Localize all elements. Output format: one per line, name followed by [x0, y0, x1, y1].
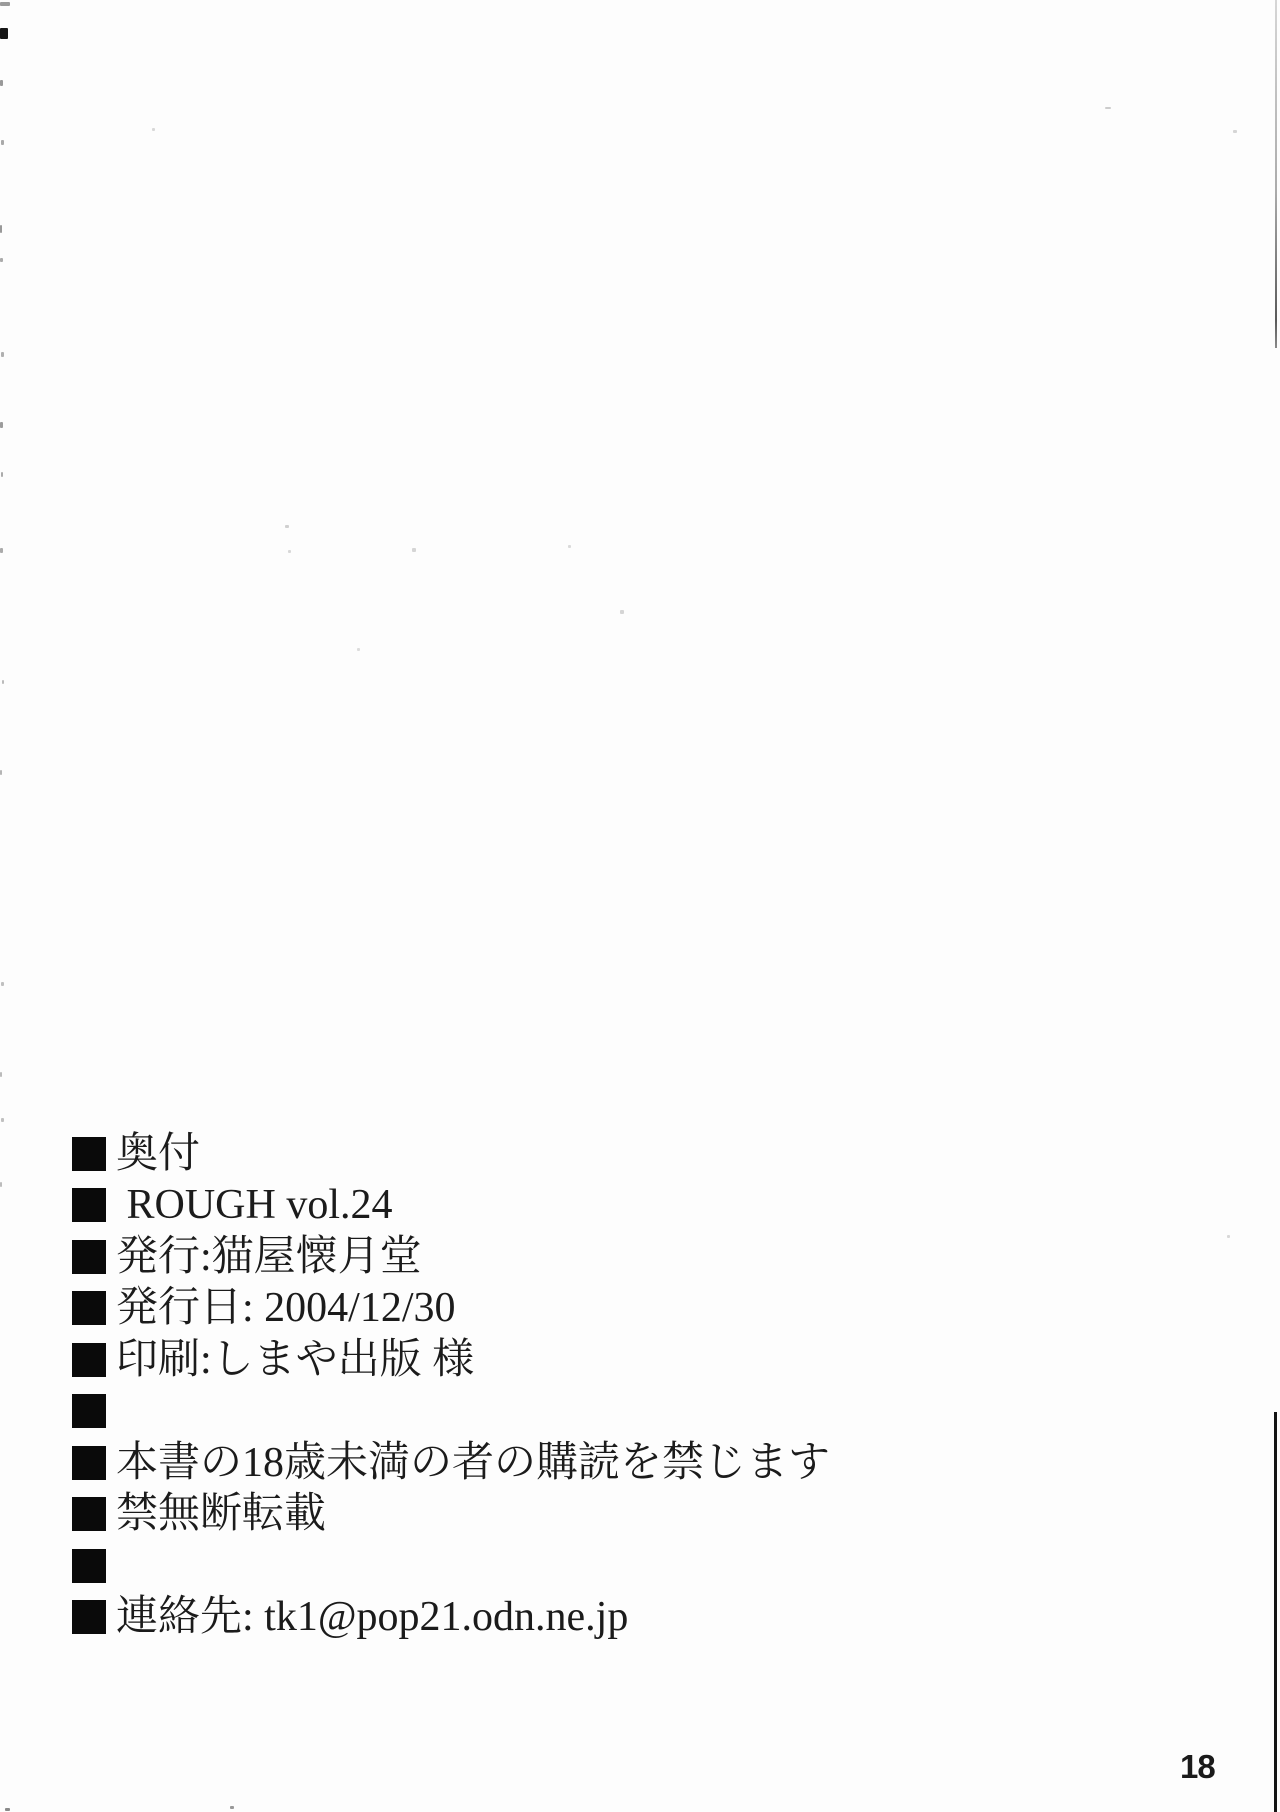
black-square-bullet-icon — [72, 1600, 106, 1634]
scan-speck — [1, 982, 4, 986]
scan-speck — [1, 352, 4, 357]
black-square-bullet-icon — [72, 1446, 106, 1480]
colophon-line-text: 印刷:しまや出版 様 — [116, 1339, 474, 1381]
scan-edge-line-top — [1275, 0, 1277, 348]
scan-speck — [568, 545, 571, 548]
black-square-bullet-icon — [72, 1137, 106, 1171]
black-square-bullet-icon — [72, 1394, 106, 1428]
scan-speck — [152, 128, 155, 131]
scan-speck — [0, 28, 8, 39]
scan-speck — [0, 422, 3, 428]
scan-speck — [357, 648, 360, 651]
scan-speck — [0, 225, 2, 233]
colophon-line — [72, 1386, 830, 1438]
scan-speck — [0, 1182, 2, 1187]
colophon-line-text: 奥付 — [116, 1133, 200, 1175]
colophon-line — [72, 1540, 830, 1592]
scan-speck — [0, 548, 3, 553]
scan-speck — [0, 80, 3, 86]
colophon-line-text: 本書の18歳未満の者の購読を禁じます — [116, 1442, 830, 1484]
scan-speck — [1227, 1235, 1230, 1238]
scan-speck — [1, 472, 3, 477]
scan-speck — [2, 680, 4, 684]
scan-speck — [1, 140, 4, 145]
scan-speck — [0, 2, 10, 6]
colophon-line: 本書の18歳未満の者の購読を禁じます — [72, 1437, 830, 1489]
colophon-line-text: 禁無断転載 — [116, 1493, 326, 1535]
scan-speck — [230, 1806, 234, 1809]
scan-speck — [1, 1118, 4, 1122]
black-square-bullet-icon — [72, 1240, 106, 1274]
colophon-line: 印刷:しまや出版 様 — [72, 1334, 830, 1386]
scanned-page: 奥付 ROUGH vol.24 発行:猫屋懐月堂 発行日: 2004/12/30… — [0, 0, 1280, 1812]
page-number: 18 — [1180, 1748, 1215, 1786]
scan-speck — [1233, 130, 1237, 133]
black-square-bullet-icon — [72, 1549, 106, 1583]
scan-speck — [1105, 107, 1111, 109]
black-square-bullet-icon — [72, 1497, 106, 1531]
colophon-line: 発行日: 2004/12/30 — [72, 1283, 830, 1335]
black-square-bullet-icon — [72, 1291, 106, 1325]
black-square-bullet-icon — [72, 1188, 106, 1222]
colophon-line-text: 発行日: 2004/12/30 — [116, 1287, 456, 1329]
colophon: 奥付 ROUGH vol.24 発行:猫屋懐月堂 発行日: 2004/12/30… — [72, 1128, 830, 1643]
scan-speck — [288, 550, 291, 553]
colophon-line-text: 連絡先: tk1@pop21.odn.ne.jp — [116, 1596, 628, 1638]
colophon-line-text: ROUGH vol.24 — [116, 1184, 393, 1226]
scan-speck — [285, 525, 289, 528]
colophon-line: 奥付 — [72, 1128, 830, 1180]
black-square-bullet-icon — [72, 1343, 106, 1377]
scan-edge-line-bottom — [1274, 1412, 1277, 1812]
colophon-line: 禁無断転載 — [72, 1489, 830, 1541]
scan-speck — [412, 548, 416, 552]
scan-speck — [0, 1072, 2, 1077]
colophon-line: 連絡先: tk1@pop21.odn.ne.jp — [72, 1592, 830, 1644]
scan-speck — [5, 1808, 10, 1811]
scan-speck — [0, 770, 2, 775]
scan-speck — [620, 610, 624, 614]
colophon-line: 発行:猫屋懐月堂 — [72, 1231, 830, 1283]
scan-speck — [0, 258, 3, 262]
colophon-line-text: 発行:猫屋懐月堂 — [116, 1236, 422, 1278]
colophon-line: ROUGH vol.24 — [72, 1180, 830, 1232]
